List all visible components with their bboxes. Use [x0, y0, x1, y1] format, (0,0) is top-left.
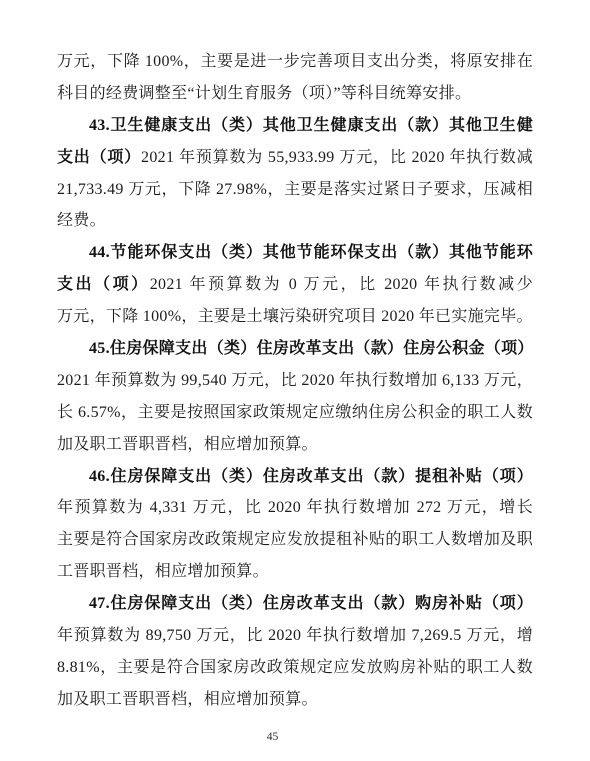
text-line: 支出（项）2021 年预算数为 55,933.99 万元，比 2020 年执行数…: [57, 142, 533, 174]
document-page: 万元，下降 100%，主要是进一步完善项目支出分类，将原安排在本科目的经费调整至…: [0, 0, 590, 761]
heading-text: 47.住房保障支出（类）住房改革支出（款）购房补贴（项）: [89, 595, 533, 612]
text-line: 2021 年预算数为 99,540 万元，比 2020 年执行数增加 6,133…: [57, 365, 533, 397]
text-line: 年预算数为 4,331 万元，比 2020 年执行数增加 272 万元，增长 6…: [57, 492, 533, 524]
heading-text: 支出（项）: [57, 149, 141, 166]
text-line: 长 6.57%，主要是按照国家政策规定应缴纳住房公积金的职工人数增: [57, 397, 533, 429]
body-text: 年预算数为 89,750 万元，比 2020 年执行数增加 7,269.5 万元…: [57, 627, 533, 652]
text-line: 支出（项）2021 年预算数为 0 万元，比 2020 年执行数减少 1,349…: [57, 269, 533, 301]
body-text: 科目的经费调整至“计划生育服务（项）”等科目统筹安排。: [57, 85, 471, 102]
heading-text: 44.节能环保支出（类）其他节能环保支出（款）其他节能环保: [57, 244, 533, 269]
body-text: 2021 年预算数为 99,540 万元，比 2020 年执行数增加 6,133…: [57, 372, 533, 397]
text-line: 万元，下降 100%，主要是进一步完善项目支出分类，将原安排在本: [57, 46, 533, 78]
body-text: 8.81%，主要是符合国家房改政策规定应发放购房补贴的职工人数增: [57, 659, 533, 684]
body-text: 加及职工晋职晋档，相应增加预算。: [57, 691, 318, 708]
text-line: 主要是符合国家房改政策规定应发放提租补贴的职工人数增加及职: [57, 524, 533, 556]
text-line: 45.住房保障支出（类）住房改革支出（款）住房公积金（项）: [57, 333, 533, 365]
text-line: 46.住房保障支出（类）住房改革支出（款）提租补贴（项）2021: [57, 461, 533, 493]
text-line: 加及职工晋职晋档，相应增加预算。: [57, 429, 533, 461]
body-text: 万元，下降 100%，主要是进一步完善项目支出分类，将原安排在本: [57, 53, 533, 78]
text-line: 44.节能环保支出（类）其他节能环保支出（款）其他节能环保: [57, 237, 533, 269]
text-line: 加及职工晋职晋档，相应增加预算。: [57, 684, 533, 716]
body-text: 工晋职晋档，相应增加预算。: [57, 563, 269, 580]
heading-text: 43.卫生健康支出（类）其他卫生健康支出（款）其他卫生健康: [57, 117, 533, 142]
heading-text: 45.住房保障支出（类）住房改革支出（款）住房公积金（项）: [89, 340, 533, 357]
item-43: 43.卫生健康支出（类）其他卫生健康支出（款）其他卫生健康支出（项）2021 年…: [57, 110, 533, 238]
body-text: 长 6.57%，主要是按照国家政策规定应缴纳住房公积金的职工人数增: [57, 404, 533, 429]
body-text: 万元，下降 100%，主要是土壤污染研究项目 2020 年已实施完毕。: [57, 308, 533, 325]
text-line: 43.卫生健康支出（类）其他卫生健康支出（款）其他卫生健康: [57, 110, 533, 142]
text-line: 21,733.49 万元，下降 27.98%，主要是落实过紧日子要求，压减相关: [57, 174, 533, 206]
text-line: 年预算数为 89,750 万元，比 2020 年执行数增加 7,269.5 万元…: [57, 620, 533, 652]
body-text: 年预算数为 4,331 万元，比 2020 年执行数增加 272 万元，增长 6…: [57, 499, 533, 524]
continuation-paragraph: 万元，下降 100%，主要是进一步完善项目支出分类，将原安排在本科目的经费调整至…: [57, 46, 533, 110]
item-47: 47.住房保障支出（类）住房改革支出（款）购房补贴（项）2021年预算数为 89…: [57, 588, 533, 716]
text-line: 工晋职晋档，相应增加预算。: [57, 556, 533, 588]
item-46: 46.住房保障支出（类）住房改革支出（款）提租补贴（项）2021年预算数为 4,…: [57, 461, 533, 589]
body-text: 经费。: [57, 212, 106, 229]
text-line: 经费。: [57, 205, 533, 237]
text-line: 万元，下降 100%，主要是土壤污染研究项目 2020 年已实施完毕。: [57, 301, 533, 333]
page-number: 45: [0, 731, 545, 743]
body-text: 加及职工晋职晋档，相应增加预算。: [57, 436, 318, 453]
item-45: 45.住房保障支出（类）住房改革支出（款）住房公积金（项）2021 年预算数为 …: [57, 333, 533, 461]
text-line: 8.81%，主要是符合国家房改政策规定应发放购房补贴的职工人数增: [57, 652, 533, 684]
text-line: 47.住房保障支出（类）住房改革支出（款）购房补贴（项）2021: [57, 588, 533, 620]
item-44: 44.节能环保支出（类）其他节能环保支出（款）其他节能环保支出（项）2021 年…: [57, 237, 533, 333]
body-text: 21,733.49 万元，下降 27.98%，主要是落实过紧日子要求，压减相关: [57, 181, 533, 206]
body-text: 主要是符合国家房改政策规定应发放提租补贴的职工人数增加及职: [57, 531, 533, 548]
heading-text: 支出（项）: [57, 276, 150, 293]
heading-text: 46.住房保障支出（类）住房改革支出（款）提租补贴（项）: [89, 468, 533, 485]
document-body: 万元，下降 100%，主要是进一步完善项目支出分类，将原安排在本科目的经费调整至…: [57, 46, 533, 716]
text-line: 科目的经费调整至“计划生育服务（项）”等科目统筹安排。: [57, 78, 533, 110]
